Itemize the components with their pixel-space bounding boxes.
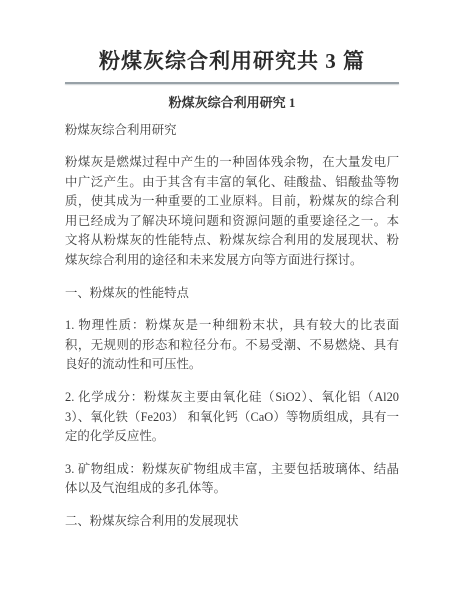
section2-heading: 二、粉煤灰综合利用的发展现状 [65,512,399,532]
article-heading-line: 粉煤灰综合利用研究 [65,121,399,141]
title-divider [65,82,399,84]
mineral-composition-item: 3. 矿物组成：粉煤灰矿物组成丰富，主要包括玻璃体、结晶体以及气泡组成的多孔体等… [65,460,399,499]
document-content: 粉煤灰综合利用研究共 3 篇 粉煤灰综合利用研究 1 粉煤灰综合利用研究 粉煤灰… [65,0,399,532]
article-subtitle: 粉煤灰综合利用研究 1 [65,94,399,112]
chemical-composition-item: 2. 化学成分：粉煤灰主要由氧化硅（SiO2）、氧化铝（Al203）、氧化铁（F… [65,388,399,447]
document-title: 粉煤灰综合利用研究共 3 篇 [65,0,399,75]
physical-properties-item: 1. 物理性质：粉煤灰是一种细粉末状，具有较大的比表面积，无规则的形态和粒径分布… [65,316,399,375]
intro-paragraph: 粉煤灰是燃煤过程中产生的一种固体残余物，在大量发电厂中广泛产生。由于其含有丰富的… [65,153,399,271]
document-page: 粉煤灰综合利用研究共 3 篇 粉煤灰综合利用研究 1 粉煤灰综合利用研究 粉煤灰… [0,0,463,600]
section1-heading: 一、粉煤灰的性能特点 [65,284,399,304]
